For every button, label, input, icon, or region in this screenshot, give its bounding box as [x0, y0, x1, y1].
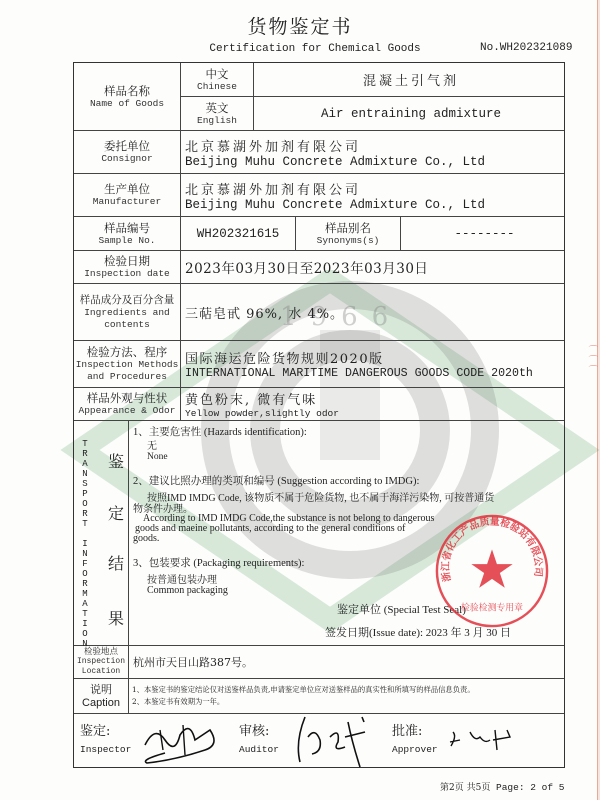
- inspector-label-cn: 鉴定:: [80, 720, 110, 739]
- label-en-1: Inspection: [77, 657, 125, 667]
- english-label: 英文 English: [181, 97, 254, 131]
- label-cn: 委托单位: [104, 139, 150, 153]
- synonyms-value: --------: [401, 217, 564, 251]
- chinese-label: 中文 Chinese: [181, 63, 254, 97]
- location-value: 杭州市天目山路387号。: [129, 646, 564, 679]
- label-en-2: contents: [104, 319, 150, 331]
- label-en-1: Inspection Methods: [76, 359, 179, 371]
- label-cn: 样品成分及百分含量: [80, 293, 175, 307]
- result-char-3: 结: [108, 551, 124, 574]
- transport-label: TRANSPORT INFORMATION 鉴 定 结 果: [74, 421, 129, 646]
- label-cn: 说明: [90, 683, 112, 697]
- edge-seal-fragment: ⌒⌒⌒: [583, 345, 599, 375]
- ingredients-value: 三萜皂甙 96%, 水 4%。: [181, 284, 564, 341]
- hazards-en: None: [147, 452, 168, 462]
- goods-name-chinese-value: 混凝土引气剂: [254, 63, 564, 97]
- inspector-label-en: Inspector: [80, 744, 131, 755]
- methods-label: 检验方法、程序 Inspection Methods and Procedure…: [74, 341, 181, 388]
- special-test-seal-label: 鉴定单位 (Special Test Seal): [337, 601, 466, 617]
- caption-label: 说明 Caption: [74, 679, 129, 714]
- synonyms-label: 样品别名 Synonyms(s): [296, 217, 401, 251]
- page-footer: 第2页 共5页 Page: 2 of 5: [440, 780, 564, 793]
- label-en: English: [197, 115, 237, 127]
- suggestion-cn-1: 按照IMD IMDG Code, 该物质不属于危险货物, 也不属于海洋污染物, …: [147, 493, 494, 504]
- manufacturer-label: 生产单位 Manufacturer: [74, 174, 181, 217]
- suggestion-en-3: goods.: [133, 534, 159, 544]
- label-en-1: Ingredients and: [84, 307, 170, 319]
- certificate-number: No.WH202321089: [480, 42, 572, 54]
- label-en: Inspection date: [84, 268, 170, 280]
- sample-no-value: WH202321615: [181, 217, 296, 251]
- caption-line-1: 1、本鉴定书的鉴定结论仅对送鉴样品负责,申请鉴定单位应对送鉴样品的真实性和所填写…: [129, 684, 564, 696]
- consignor-value: 北京慕湖外加剂有限公司 Beijing Muhu Concrete Admixt…: [181, 131, 564, 174]
- label-cn: 样品外观与性状: [87, 391, 168, 405]
- page-indicator-en: Page: 2 of 5: [496, 782, 564, 793]
- value-en: Beijing Muhu Concrete Admixture Co., Ltd: [181, 198, 564, 212]
- transport-content: 1、主要危害性 (Hazards identification): 无 None…: [129, 421, 564, 646]
- caption-value: 1、本鉴定书的鉴定结论仅对送鉴样品负责,申请鉴定单位应对送鉴样品的真实性和所填写…: [129, 679, 564, 714]
- label-en: Consignor: [101, 153, 152, 165]
- caption-line-2: 2、本鉴定书有效期为一年。: [129, 696, 564, 708]
- value: WH202321615: [197, 227, 280, 241]
- appearance-label: 样品外观与性状 Appearance & Odor: [74, 388, 181, 421]
- inspection-date-value: 2023年03月30日至2023年03月30日: [181, 251, 564, 284]
- value: 2023年03月30日至2023年03月30日: [181, 257, 564, 277]
- value-cn: 北京慕湖外加剂有限公司: [181, 179, 564, 198]
- packaging-en: Common packaging: [147, 586, 228, 596]
- value: --------: [450, 227, 514, 241]
- manufacturer-value: 北京慕湖外加剂有限公司 Beijing Muhu Concrete Admixt…: [181, 174, 564, 217]
- label-en: Chinese: [197, 81, 237, 93]
- value: 三萜皂甙 96%, 水 4%。: [181, 303, 564, 322]
- label-cn: 中文: [206, 67, 229, 81]
- appearance-value: 黄色粉末, 微有气味 Yellow powder,slightly odor: [181, 388, 564, 421]
- approver-label-en: Approver: [392, 744, 438, 755]
- approver-label-cn: 批准:: [392, 720, 422, 739]
- value-en: INTERNATIONAL MARITIME DANGEROUS GOODS C…: [181, 367, 564, 380]
- hazards-heading: 1、主要危害性 (Hazards identification):: [133, 424, 307, 439]
- consignor-label: 委托单位 Consignor: [74, 131, 181, 174]
- label-cn: 样品名称: [104, 84, 150, 98]
- packaging-heading: 3、包装要求 (Packaging requirements):: [133, 555, 304, 570]
- transport-vertical-label: TRANSPORT INFORMATION: [80, 439, 90, 649]
- value-en: Yellow powder,slightly odor: [181, 408, 564, 419]
- signatures-row: 鉴定: Inspector 审核: Auditor 批准: Approver: [74, 714, 564, 767]
- auditor-label-cn: 审核:: [239, 720, 269, 739]
- label-en: Appearance & Odor: [79, 405, 176, 417]
- result-char-4: 果: [108, 606, 124, 629]
- label-en: Caption: [82, 697, 120, 709]
- ingredients-label: 样品成分及百分含量 Ingredients and contents: [74, 284, 181, 341]
- label-cn: 检验地点: [84, 647, 118, 657]
- methods-value: 国际海运危险货物规则2020版 INTERNATIONAL MARITIME D…: [181, 341, 564, 388]
- value-cn: 黄色粉末, 微有气味: [181, 389, 564, 408]
- hazards-cn: 无: [147, 442, 157, 452]
- suggestion-heading: 2、建议比照办理的类项和编号 (Suggestion according to …: [133, 473, 419, 488]
- sample-no-label: 样品编号 Sample No.: [74, 217, 181, 251]
- label-en: Sample No.: [98, 235, 155, 247]
- label-en: Synonyms(s): [317, 235, 380, 247]
- issue-date: 签发日期(Issue date): 2023 年 3 月 30 日: [325, 624, 511, 640]
- value-cn: 北京慕湖外加剂有限公司: [181, 136, 564, 155]
- value-cn: 国际海运危险货物规则2020版: [181, 348, 564, 367]
- inspection-date-label: 检验日期 Inspection date: [74, 251, 181, 284]
- goods-name-label: 样品名称 Name of Goods: [74, 63, 181, 131]
- label-cn: 生产单位: [104, 182, 150, 196]
- value: 杭州市天目山路387号。: [129, 654, 564, 670]
- value: Air entraining admixture: [317, 107, 501, 121]
- label-cn: 样品别名: [325, 221, 371, 235]
- certificate-table: 样品名称 Name of Goods 中文 Chinese 混凝土引气剂 英文 …: [73, 62, 565, 768]
- goods-name-english-value: Air entraining admixture: [254, 97, 564, 131]
- location-label: 检验地点 Inspection Location: [74, 646, 129, 679]
- auditor-label-en: Auditor: [239, 744, 279, 755]
- label-cn: 检验方法、程序: [87, 345, 168, 359]
- label-cn: 样品编号: [104, 221, 150, 235]
- value-en: Beijing Muhu Concrete Admixture Co., Ltd: [181, 155, 564, 169]
- result-char-1: 鉴: [108, 449, 124, 472]
- result-char-2: 定: [108, 501, 124, 524]
- label-cn: 英文: [206, 101, 229, 115]
- value: 混凝土引气剂: [359, 70, 459, 89]
- label-en-2: and Procedures: [87, 371, 167, 383]
- label-en: Manufacturer: [93, 196, 161, 208]
- label-en-2: Location: [82, 667, 120, 677]
- page-indicator-cn: 第2页 共5页: [440, 783, 490, 793]
- label-en: Name of Goods: [90, 98, 164, 110]
- document-title: 货物鉴定书: [0, 12, 600, 39]
- suggestion-en-2: goods and maeine pollutants, according t…: [135, 524, 405, 534]
- label-cn: 检验日期: [104, 254, 150, 268]
